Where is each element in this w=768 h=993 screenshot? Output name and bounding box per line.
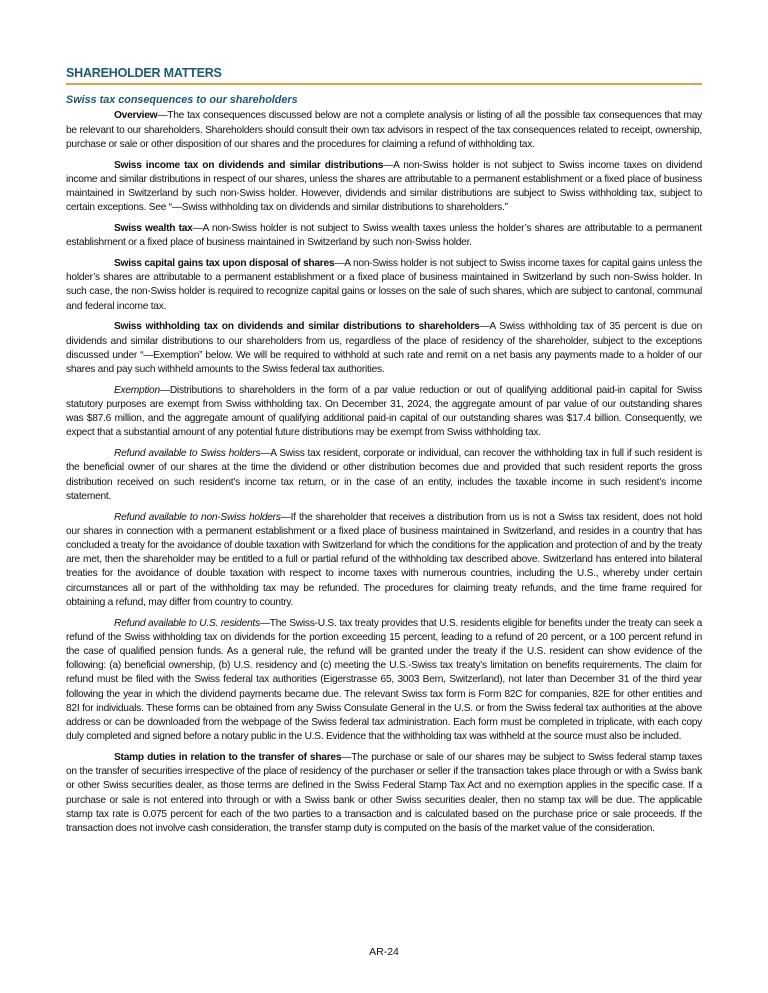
paragraph-lead: Stamp duties in relation to the transfer… [114,752,341,763]
paragraph-text: —The tax consequences discussed below ar… [66,110,702,149]
document-page: SHAREHOLDER MATTERS Swiss tax consequenc… [66,66,702,843]
paragraph-lead: Refund available to non-Swiss holders [114,512,281,523]
paragraph-withholding-tax: Swiss withholding tax on dividends and s… [66,320,702,377]
paragraph-text: —Distributions to shareholders in the fo… [66,385,702,439]
paragraph-text: —If the shareholder that receives a dist… [66,512,702,608]
paragraph-refund-swiss: Refund available to Swiss holders—A Swis… [66,447,702,504]
paragraph-text: —The Swiss-U.S. tax treaty provides that… [66,618,702,743]
paragraph-lead: Exemption [114,385,160,396]
paragraph-text: —The purchase or sale of our shares may … [66,752,702,834]
paragraph-lead: Swiss withholding tax on dividends and s… [114,321,479,332]
paragraph-lead: Swiss wealth tax [114,223,193,234]
section-subtitle: Swiss tax consequences to our shareholde… [66,93,702,107]
page-number: AR-24 [0,946,768,958]
section-title: SHAREHOLDER MATTERS [66,66,702,85]
paragraph-stamp-duties: Stamp duties in relation to the transfer… [66,751,702,836]
paragraph-lead: Refund available to U.S. residents [114,618,260,629]
paragraph-exemption: Exemption—Distributions to shareholders … [66,384,702,441]
paragraph-lead: Swiss income tax on dividends and simila… [114,160,383,171]
paragraph-wealth-tax: Swiss wealth tax—A non-Swiss holder is n… [66,222,702,250]
paragraph-overview: Overview—The tax consequences discussed … [66,109,702,152]
paragraph-refund-us: Refund available to U.S. residents—The S… [66,617,702,745]
paragraph-lead: Swiss capital gains tax upon disposal of… [114,258,334,269]
paragraph-lead: Overview [114,110,157,121]
paragraph-lead: Refund available to Swiss holders [114,448,260,459]
paragraph-refund-non-swiss: Refund available to non-Swiss holders—If… [66,511,702,610]
paragraph-income-tax: Swiss income tax on dividends and simila… [66,159,702,216]
paragraph-capital-gains: Swiss capital gains tax upon disposal of… [66,257,702,314]
